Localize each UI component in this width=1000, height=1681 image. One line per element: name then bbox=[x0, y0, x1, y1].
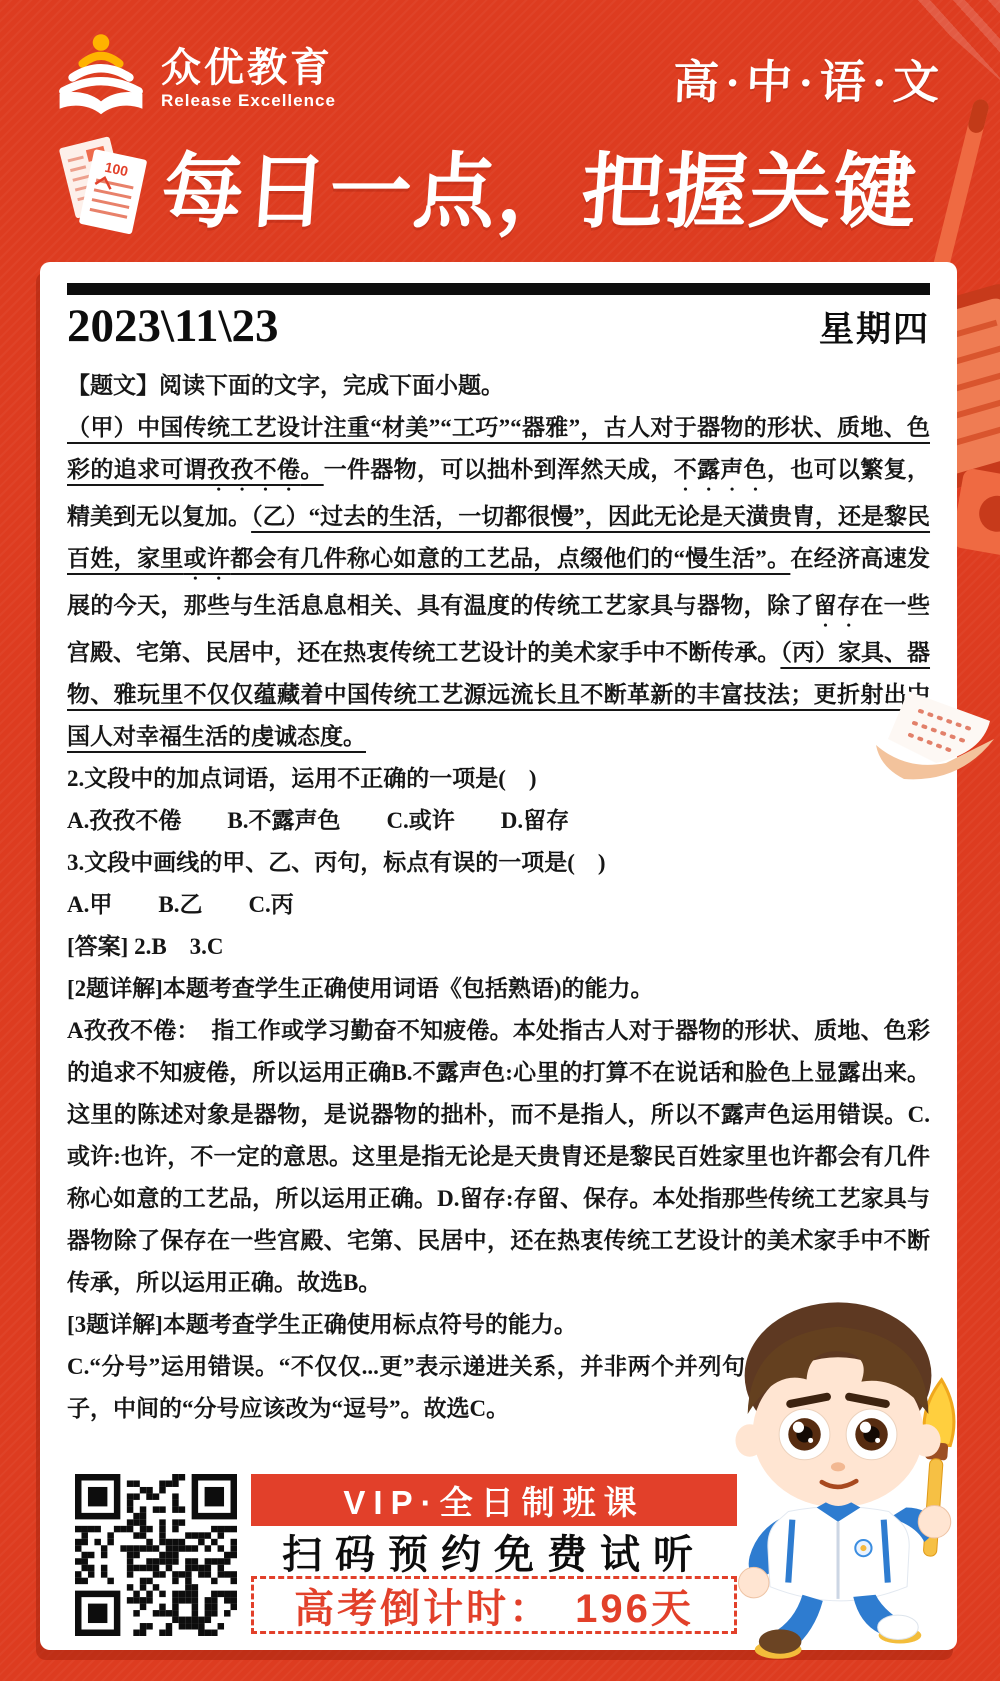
page-title: 每日一点，把握关键 bbox=[158, 127, 922, 244]
brand-logo: 众优教育 Release Excellence bbox=[55, 33, 336, 126]
header: 众优教育 Release Excellence 高·中·语·文 bbox=[55, 36, 945, 122]
brand-name: 众优教育 bbox=[161, 47, 336, 89]
explanation-2-title: [2题详解]本题考查学生正确使用词语《包括熟语)的能力。 bbox=[67, 968, 930, 1010]
student-mascot-icon bbox=[698, 1278, 974, 1674]
title-row: 100 每日一点，把握关键 bbox=[52, 128, 960, 243]
question-body: 【题文】阅读下面的文字，完成下面小题。 （甲）中国传统工艺设计注重“材美”“工巧… bbox=[67, 365, 930, 1430]
subject-label: 高·中·语·文 bbox=[672, 46, 946, 112]
answer-line: [答案] 2.B 3.C bbox=[67, 926, 930, 968]
passage-text: （甲）中国传统工艺设计注重“材美”“工巧”“器雅”，古人对于器物的形状、质地、色… bbox=[67, 407, 930, 758]
question-2: 2.文段中的加点词语，运用不正确的一项是( ) bbox=[67, 758, 930, 800]
brand-tagline: Release Excellence bbox=[161, 91, 336, 111]
logo-text: 众优教育 Release Excellence bbox=[161, 47, 336, 111]
explanation-2-body: A孜孜不倦： 指工作或学习勤奋不知疲倦。本处指古人对于器物的形状、质地、色彩的追… bbox=[67, 1010, 930, 1304]
prompt-line: 【题文】阅读下面的文字，完成下面小题。 bbox=[67, 365, 930, 407]
date: 2023\11\23 bbox=[67, 299, 279, 353]
weekday: 星期四 bbox=[819, 302, 930, 352]
promo-column: VIP·全日制班课 扫码预约免费试听 高考倒计时： 196天 bbox=[251, 1474, 737, 1638]
scan-cta: 扫码预约免费试听 bbox=[251, 1526, 737, 1576]
date-row: 2023\11\23 星期四 bbox=[67, 299, 930, 353]
qr-code bbox=[75, 1474, 237, 1636]
divider-rule bbox=[67, 283, 930, 295]
question-2-options: A.孜孜不倦 B.不露声色 C.或许 D.留存 bbox=[67, 800, 930, 842]
paper-sheets-icon: 100 bbox=[52, 130, 152, 241]
poster: 众优教育 Release Excellence 高·中·语·文 100 bbox=[0, 0, 1000, 1681]
question-3-options: A.甲 B.乙 C.丙 bbox=[67, 884, 930, 926]
gaokao-countdown: 高考倒计时： 196天 bbox=[251, 1576, 737, 1634]
curled-paper-icon bbox=[872, 683, 1000, 798]
logo-book-icon bbox=[55, 33, 147, 126]
vip-banner: VIP·全日制班课 bbox=[251, 1474, 737, 1526]
question-3: 3.文段中画线的甲、乙、丙句，标点有误的一项是( ) bbox=[67, 842, 930, 884]
